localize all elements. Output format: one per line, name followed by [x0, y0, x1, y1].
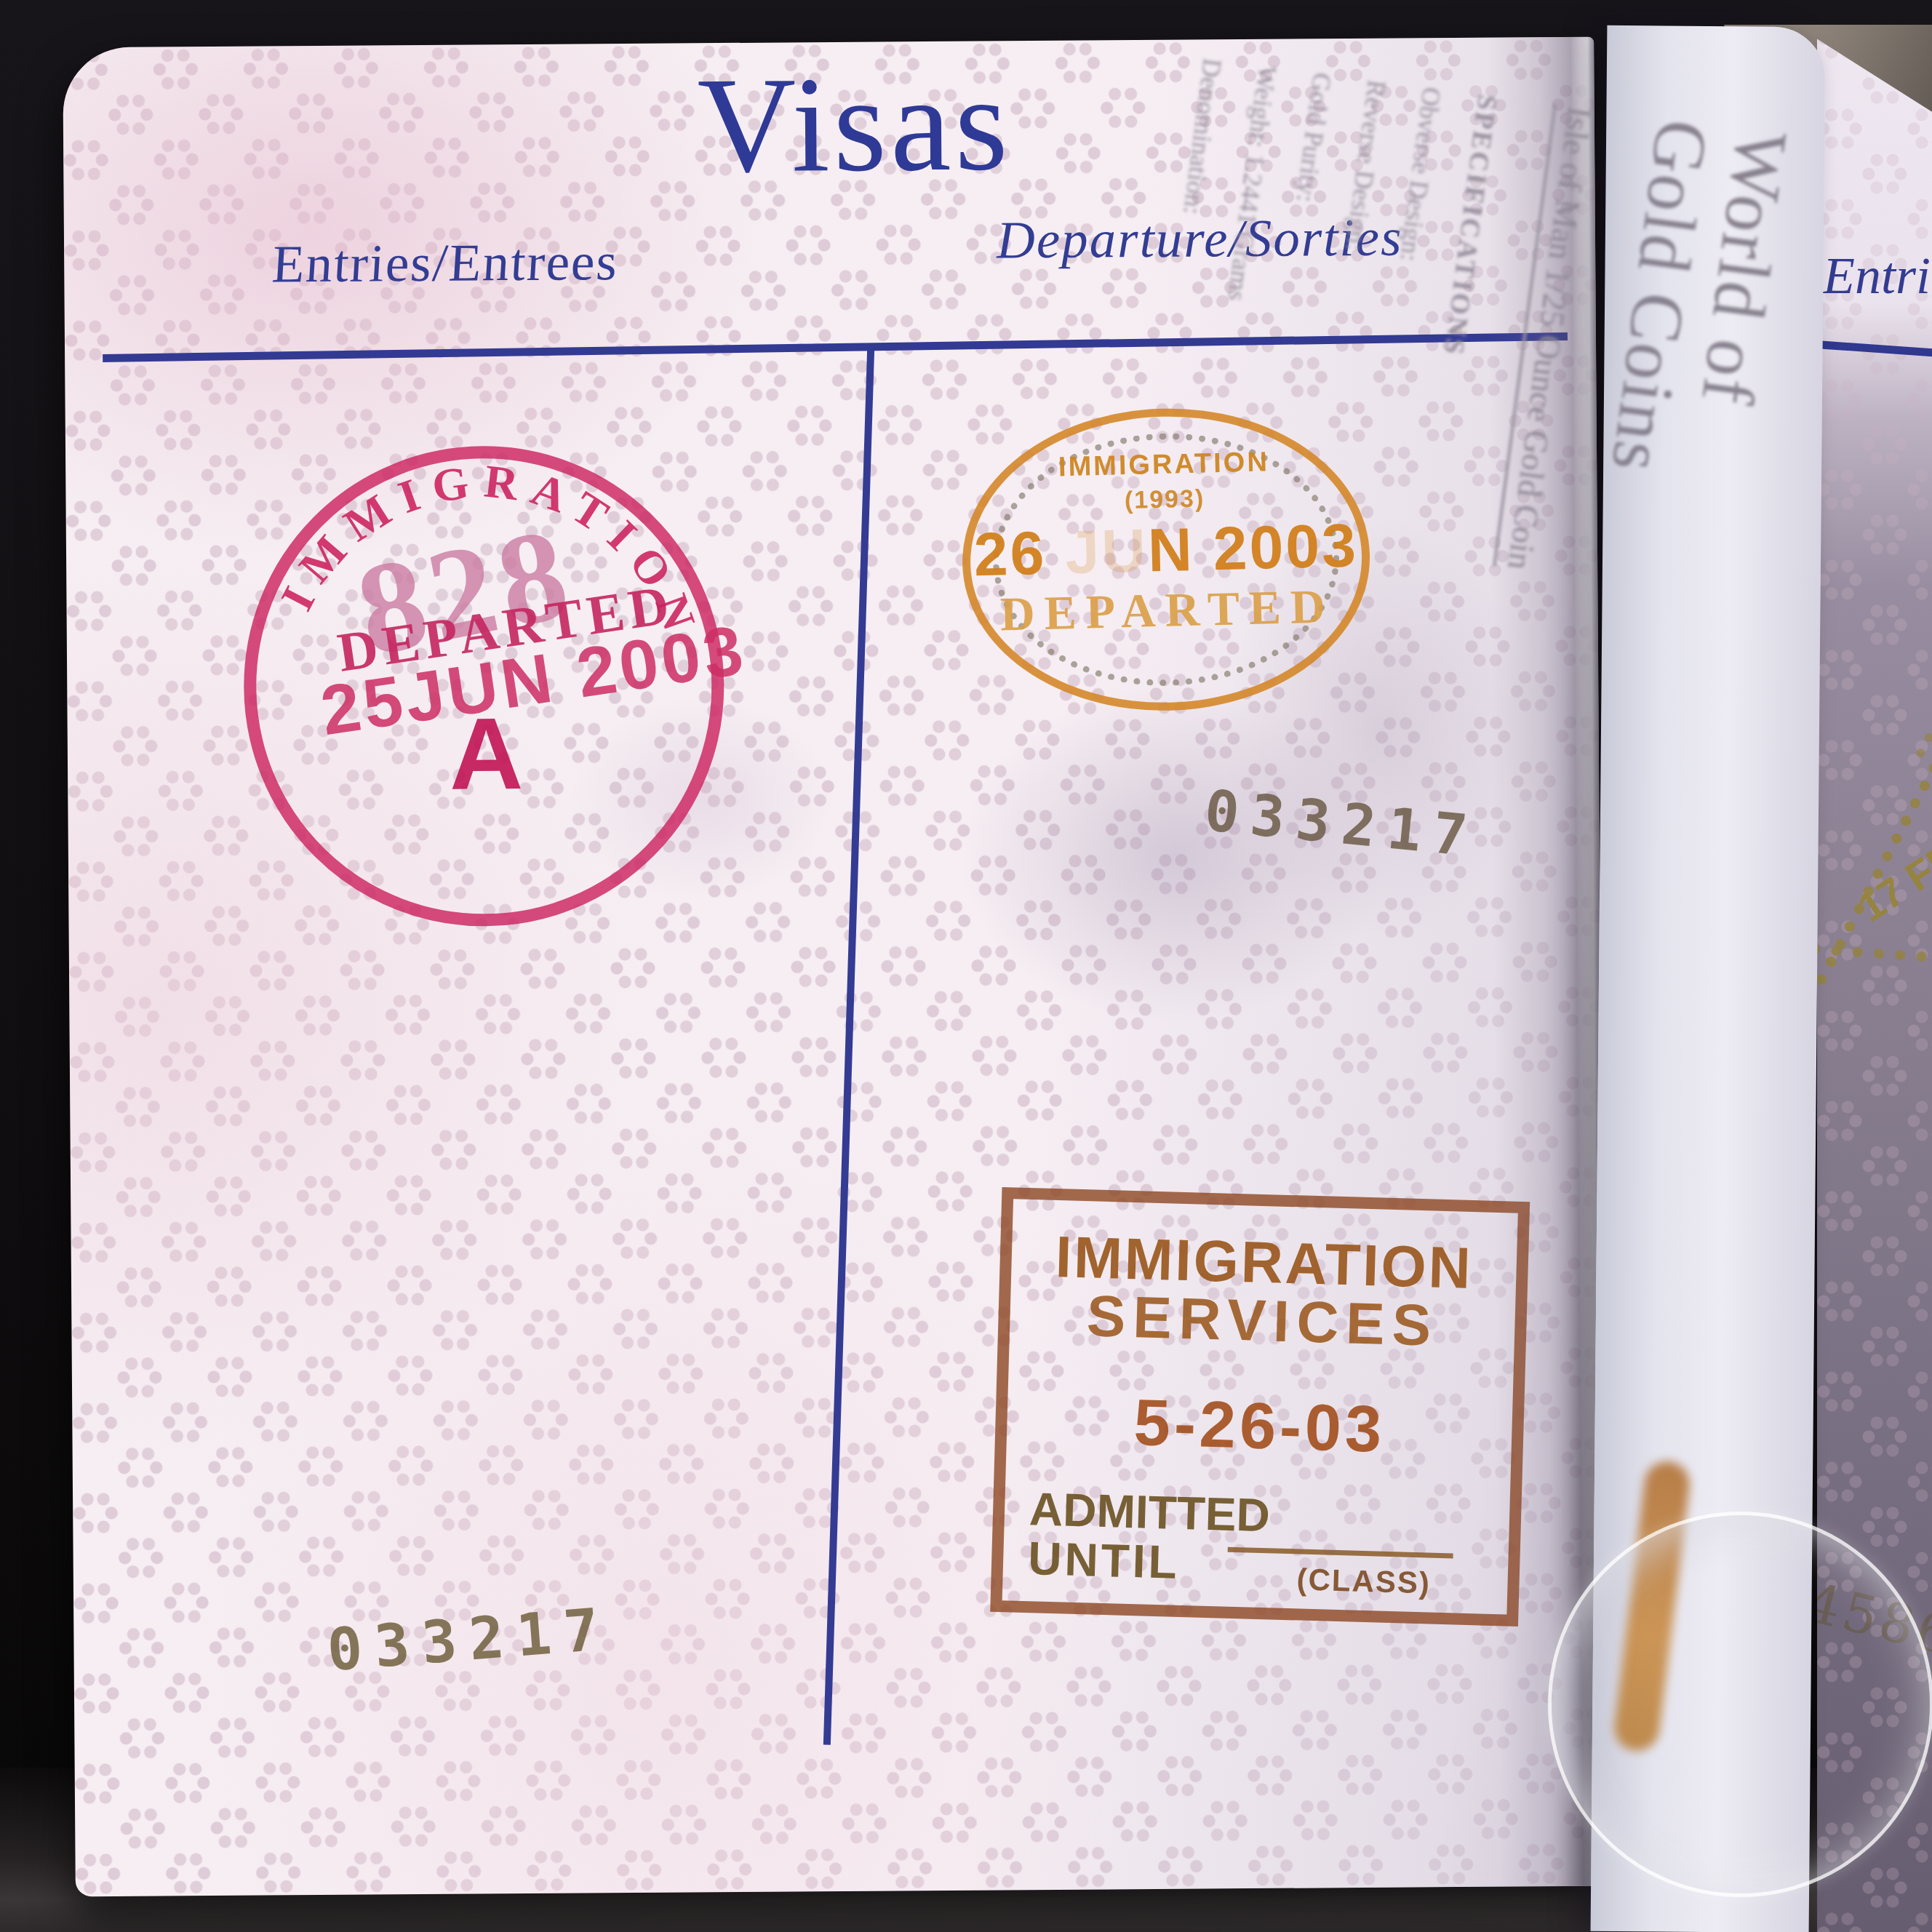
oval-date-day: 26 [973, 518, 1066, 588]
coin-capsule [1548, 1512, 1932, 1897]
round-stamp-letter: A [449, 695, 523, 813]
entries-column-header: Entries/Entrees [271, 231, 620, 295]
card-subtitle: Isle of Man 1/25 Ounce Gold Coin [1493, 103, 1599, 572]
right-page-entries-header: Entries/ [1823, 246, 1932, 306]
page-title: Visas [697, 44, 1012, 204]
round-immigration-stamp: IMMIGRATION 828 DEPARTED 25JUN 2003 A [242, 444, 726, 928]
